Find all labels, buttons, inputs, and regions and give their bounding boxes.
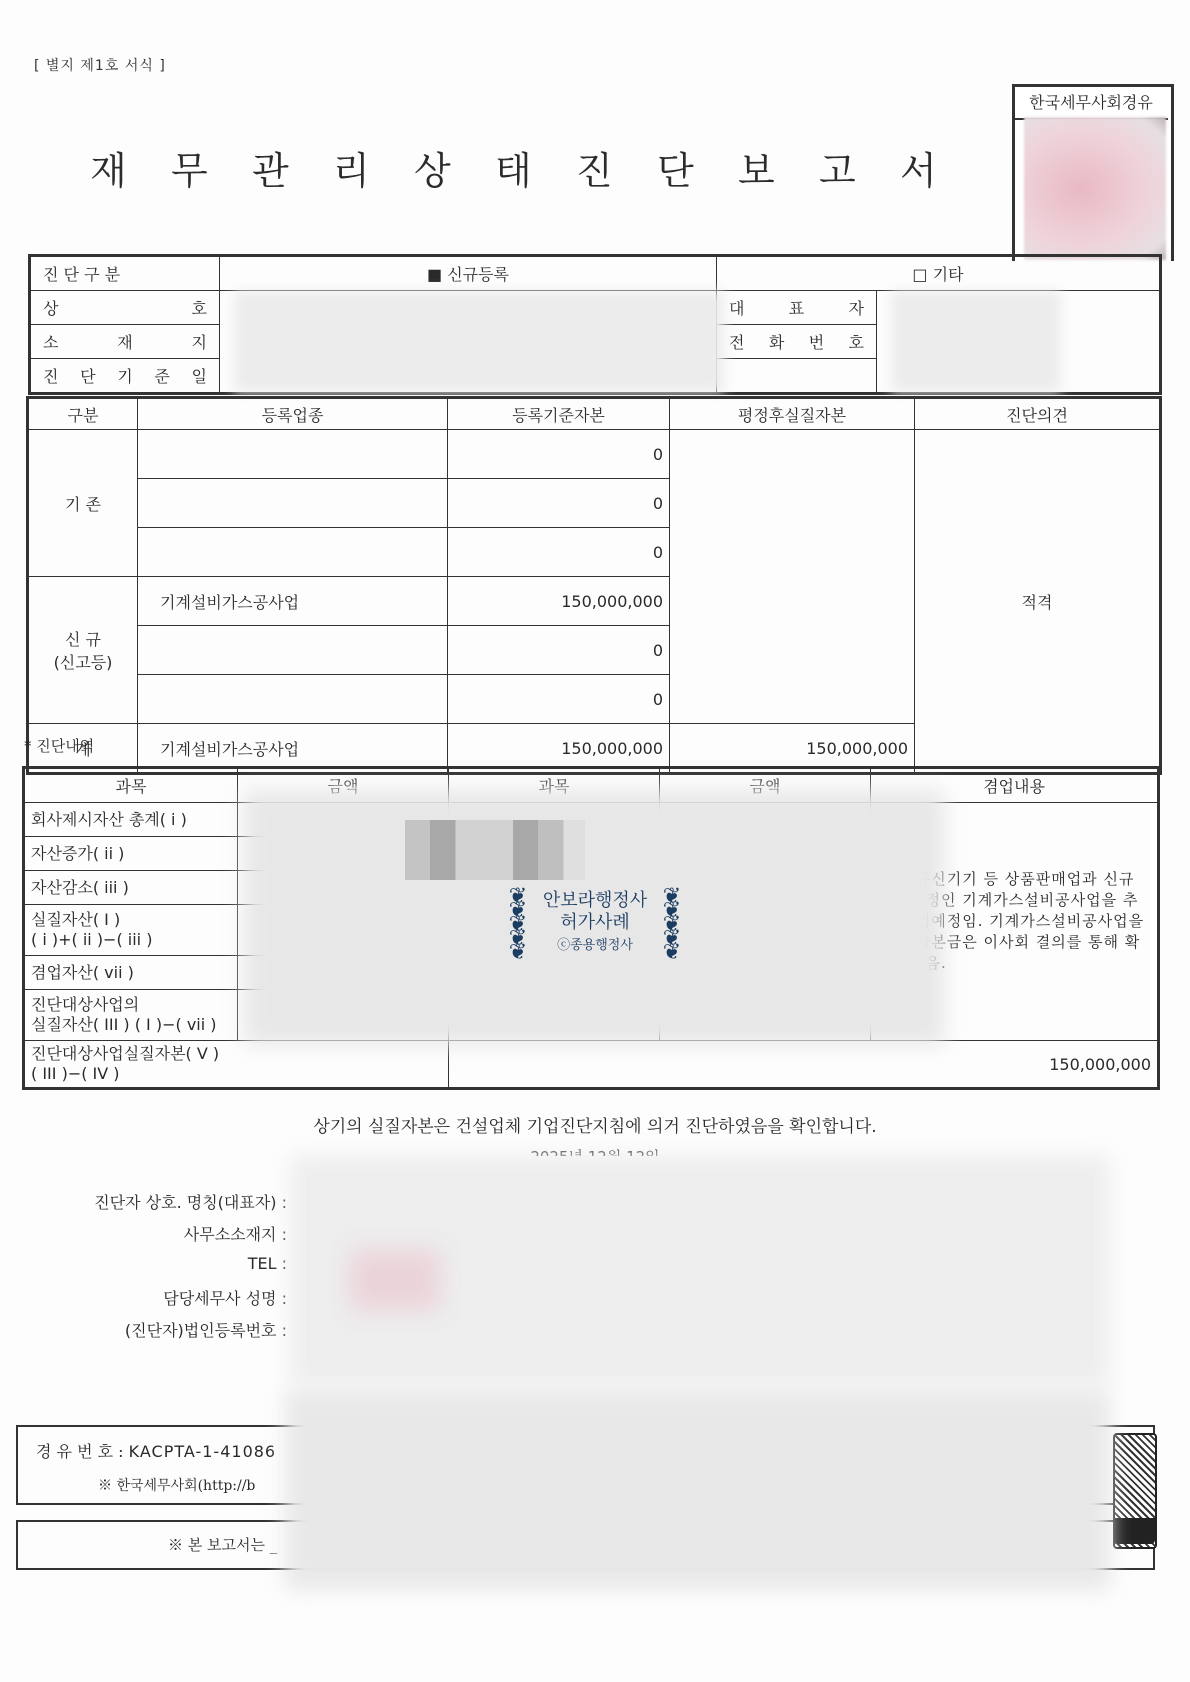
option-other[interactable]: □ 기타 — [717, 256, 1161, 291]
pixelated-redaction — [405, 820, 585, 880]
form-number: [ 별지 제1호 서식 ] — [34, 55, 166, 75]
diag-type-label: 진 단 구 분 — [30, 256, 220, 291]
capital-cell: 0 — [448, 626, 670, 675]
capital-header: 진단의견 — [915, 398, 1161, 430]
title-char: 무 — [171, 140, 252, 195]
signatory-label: TEL : — [248, 1254, 287, 1273]
detail-item: 실질자산( I )( i )+( ii )−( iii ) — [24, 905, 238, 956]
capital-header: 등록기준자본 — [448, 398, 670, 430]
capital-cell: 0 — [448, 479, 670, 528]
title-char: 상 — [414, 140, 495, 195]
capital-header: 등록업종 — [138, 398, 448, 430]
capital-header: 구분 — [28, 398, 138, 430]
title-char: 고 — [819, 140, 900, 195]
industry-cell — [138, 430, 448, 479]
watermark: ❦❦❦❦❦ ❦❦❦❦❦ 안보라행정사 허가사례 ⓒ종용행정사 — [505, 890, 685, 970]
phone-label: 전화번호 — [717, 325, 877, 359]
seal-redacted — [350, 1250, 440, 1310]
company-info-redacted — [220, 291, 717, 394]
detail-item: 회사제시자산 총계( i ) — [24, 803, 238, 837]
stamp-redacted — [1024, 117, 1166, 260]
rep-label: 대표자 — [717, 291, 877, 325]
title-char: 리 — [333, 140, 414, 195]
detail-item: 자산감소( iii ) — [24, 871, 238, 905]
group-label: 기 존 — [28, 430, 138, 577]
signatory-label: 담당세무사 성명 : — [163, 1286, 287, 1309]
title-char: 재 — [90, 140, 171, 195]
detail-item: 진단대상사업의실질자산( III ) ( I )−( vii ) — [24, 990, 238, 1041]
ref-label: 경 유 번 호 : — [36, 1442, 124, 1461]
title-char: 진 — [576, 140, 657, 195]
capital-cell: 0 — [448, 430, 670, 479]
signatory-label: 진단자 상호. 명칭(대표자) : — [94, 1190, 287, 1213]
footer-redacted — [285, 1390, 1110, 1590]
qr-label-bar — [1113, 1518, 1155, 1544]
company-label: 상호 — [30, 291, 220, 325]
detail-item: 겸업자산( vii ) — [24, 956, 238, 990]
industry-cell — [138, 675, 448, 724]
title-char: 관 — [252, 140, 333, 195]
industry-cell — [138, 479, 448, 528]
ref-value: KACPTA-1-41086 — [129, 1442, 276, 1461]
capital-cell: 0 — [448, 528, 670, 577]
checkbox-empty-icon: □ — [912, 265, 927, 284]
industry-cell — [138, 626, 448, 675]
kacpta-note: ※ 한국세무사회(http://b — [98, 1475, 255, 1495]
table-row: 기 존0적격 — [28, 430, 1161, 479]
opinion-cell: 적격 — [915, 430, 1161, 774]
final-label: 진단대상사업실질자본( V )( III )−( IV ) — [24, 1041, 449, 1089]
detail-item: 자산증가( ii ) — [24, 837, 238, 871]
real-capital-cell — [670, 430, 915, 724]
signatory-label: 사무소소재지 : — [184, 1222, 287, 1245]
capital-cell: 0 — [448, 675, 670, 724]
checkbox-checked-icon: ■ — [427, 265, 442, 284]
rep-info-redacted — [877, 291, 1161, 394]
report-note: ※ 본 보고서는 _ — [168, 1534, 277, 1555]
final-row: 진단대상사업실질자본( V )( III )−( IV )150,000,000 — [24, 1041, 1159, 1089]
option-new[interactable]: ■ 신규등록 — [220, 256, 717, 291]
capital-cell: 150,000,000 — [448, 577, 670, 626]
detail-section-label: * 진단내역 — [24, 735, 94, 756]
title-char: 단 — [657, 140, 738, 195]
final-value: 150,000,000 — [449, 1041, 1159, 1089]
title-char: 보 — [738, 140, 819, 195]
title-char: 서 — [900, 140, 981, 195]
capital-table: 구분등록업종등록기준자본평정후실질자본진단의견기 존0적격00신 규(신고등)기… — [26, 396, 1162, 775]
industry-cell: 기계설비가스공사업 — [138, 577, 448, 626]
laurel-left-icon: ❦❦❦❦❦ — [505, 890, 531, 970]
group-label: 신 규(신고등) — [28, 577, 138, 724]
info-table: 진 단 구 분 ■ 신규등록 □ 기타 상호 대표자 소재지 전화번호 진단기준… — [28, 254, 1162, 395]
document-title: 재무관리상태진단보고서 — [90, 140, 981, 195]
signatory-label: (진단자)법인등록번호 : — [125, 1318, 287, 1341]
capital-header: 평정후실질자본 — [670, 398, 915, 430]
address-label: 소재지 — [30, 325, 220, 359]
base-date-label: 진단기준일 — [30, 359, 220, 394]
detail-header: 과목 — [24, 768, 238, 803]
title-char: 태 — [495, 140, 576, 195]
laurel-right-icon: ❦❦❦❦❦ — [659, 890, 685, 970]
confirmation-text: 상기의 실질자본은 건설업체 기업진단지침에 의거 진단하였음을 확인합니다. — [0, 1112, 1190, 1137]
stamp-box-label: 한국세무사회경유 — [1014, 88, 1168, 120]
industry-cell — [138, 528, 448, 577]
